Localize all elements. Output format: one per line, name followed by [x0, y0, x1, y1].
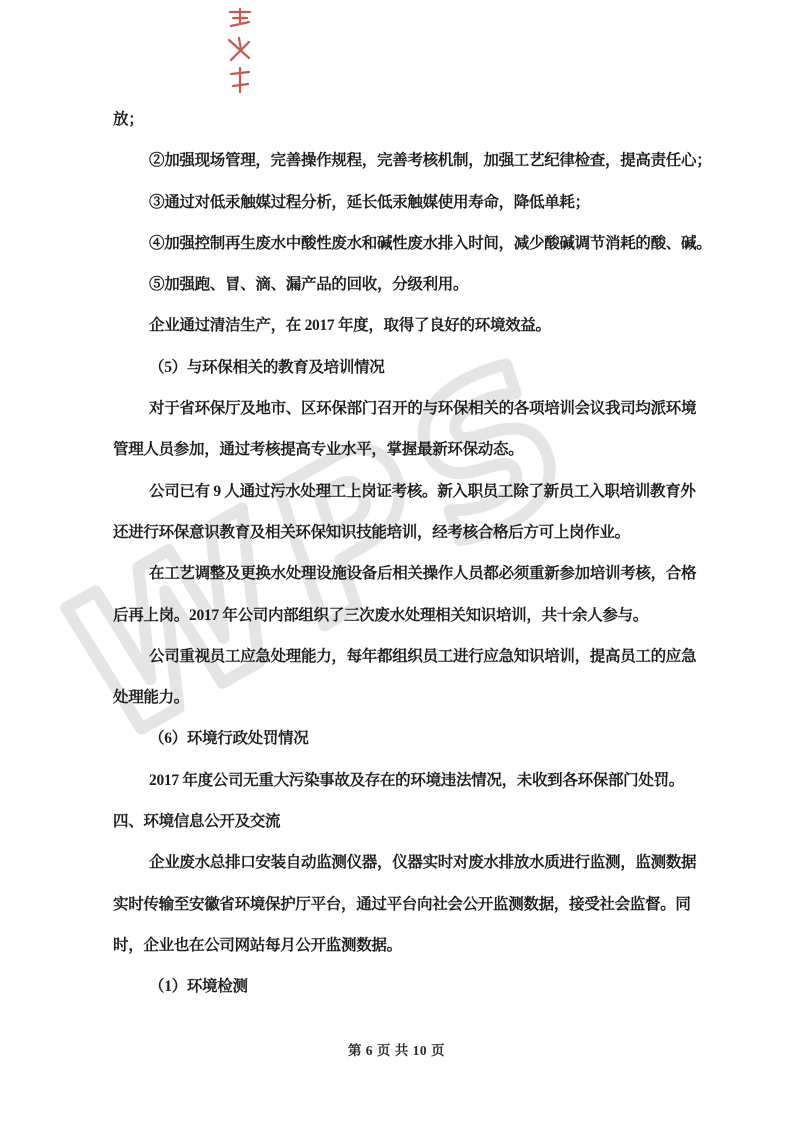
text-line: 对于省环保厅及地市、区环保部门召开的与环保相关的各项培训会议我司均派环境: [113, 388, 685, 429]
page-number-footer: 第 6 页 共 10 页: [0, 1039, 793, 1059]
document-page: WPS 放； ②加强现场管理，完善操作规程，完善考核机制，加强工艺纪律检查，提高…: [0, 0, 793, 1122]
list-item-5: ⑤加强跑、冒、滴、漏产品的回收，分级利用。: [113, 264, 685, 305]
text-line: 还进行环保意识教育及相关环保知识技能培训，经考核合格后方可上岗作业。: [113, 512, 685, 553]
chapter-heading-4: 四、环境信息公开及交流: [113, 801, 685, 842]
text-line: 放；: [113, 99, 685, 140]
text-line: 实时传输至安徽省环境保护厅平台，通过平台向社会公开监测数据，接受社会监督。同: [113, 884, 685, 925]
text-line: 时，企业也在公司网站每月公开监测数据。: [113, 925, 685, 966]
section-heading-1: （1）环境检测: [113, 966, 685, 1007]
text-line: 2017 年度公司无重大污染事故及存在的环境违法情况，未收到各环保部门处罚。: [113, 760, 685, 801]
text-line: 后再上岗。2017 年公司内部组织了三次废水处理相关知识培训，共十余人参与。: [113, 595, 685, 636]
text-line: 管理人员参加，通过考核提高专业水平，掌握最新环保动态。: [113, 429, 685, 470]
section-heading-5: （5）与环保相关的教育及培训情况: [113, 347, 685, 388]
text-line: 企业废水总排口安装自动监测仪器，仪器实时对废水排放水质进行监测，监测数据: [113, 842, 685, 883]
text-line: 公司已有 9 人通过污水处理工上岗证考核。新入职员工除了新员工入职培训教育外: [113, 471, 685, 512]
red-stamp-marks: [224, 6, 258, 101]
body-text: 放； ②加强现场管理，完善操作规程，完善考核机制，加强工艺纪律检查，提高责任心；…: [113, 99, 685, 1008]
text-line: 公司重视员工应急处理能力，每年都组织员工进行应急知识培训，提高员工的应急: [113, 636, 685, 677]
list-item-4: ④加强控制再生废水中酸性废水和碱性废水排入时间，减少酸碱调节消耗的酸、碱。: [113, 223, 685, 264]
list-item-2: ②加强现场管理，完善操作规程，完善考核机制，加强工艺纪律检查，提高责任心；: [113, 140, 685, 181]
text-line: 在工艺调整及更换水处理设施设备后相关操作人员都必须重新参加培训考核，合格: [113, 553, 685, 594]
text-line: 企业通过清洁生产，在 2017 年度，取得了良好的环境效益。: [113, 305, 685, 346]
list-item-3: ③通过对低汞触媒过程分析，延长低汞触媒使用寿命，降低单耗；: [113, 182, 685, 223]
section-heading-6: （6）环境行政处罚情况: [113, 718, 685, 759]
text-line: 处理能力。: [113, 677, 685, 718]
